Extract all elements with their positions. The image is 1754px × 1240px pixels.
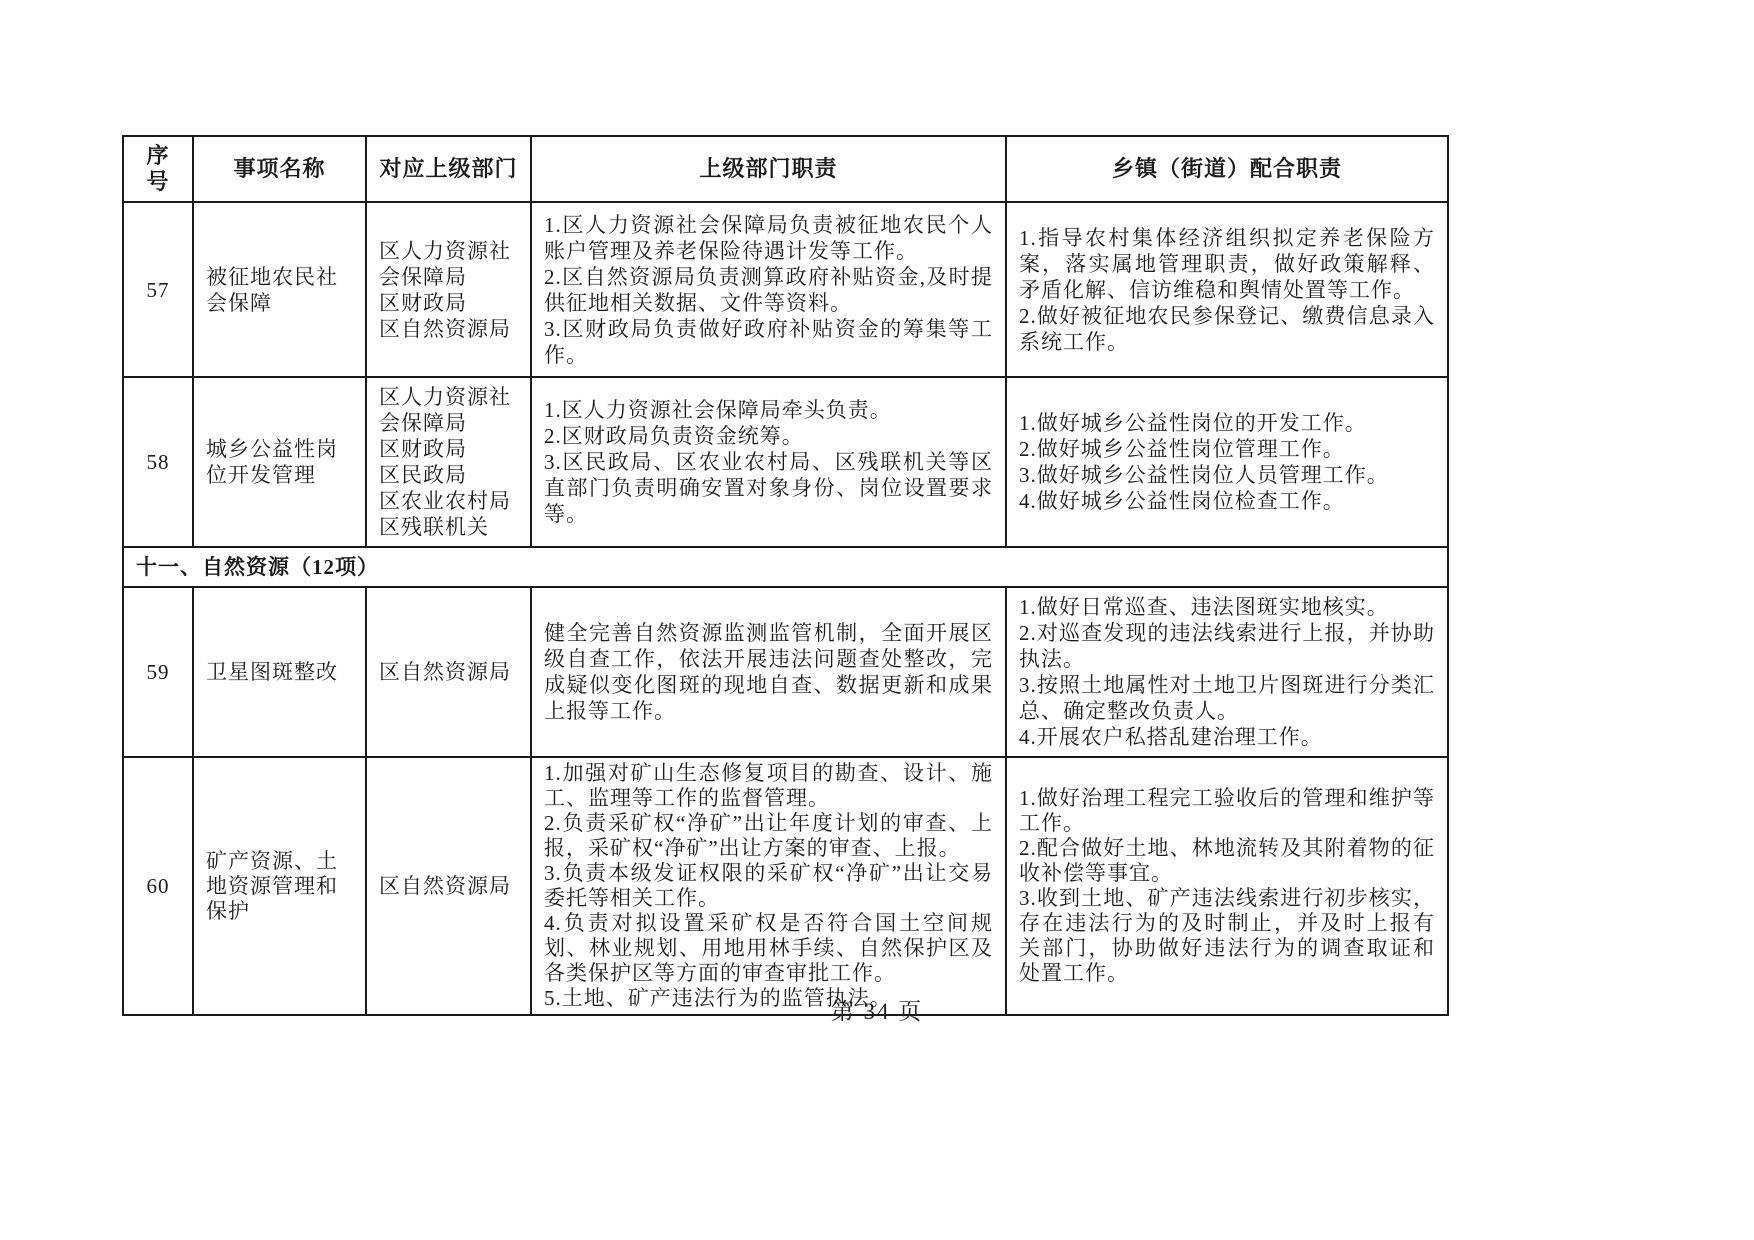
duty-item: 1.加强对矿山生态修复项目的勘查、设计、施工、监理等工作的监督管理。 [544,761,993,811]
responsibility-table: 序号 事项名称 对应上级部门 上级部门职责 乡镇（街道）配合职责 57 被征地农… [122,135,1449,1016]
department-item: 区人力资源社会保障局 [379,238,518,290]
cell-township-duties: 1.做好城乡公益性岗位的开发工作。 2.做好城乡公益性岗位管理工作。 3.做好城… [1006,377,1448,547]
table-row-60: 60 矿产资源、土地资源管理和保护 区自然资源局 1.加强对矿山生态修复项目的勘… [123,757,1448,1015]
cell-index: 58 [123,377,193,547]
duty-item: 4.做好城乡公益性岗位检查工作。 [1019,488,1435,514]
table-row-58: 58 城乡公益性岗位开发管理 区人力资源社会保障局 区财政局 区民政局 区农业农… [123,377,1448,547]
department-item: 区财政局 [379,436,518,462]
department-item: 区残联机关 [379,514,518,540]
duty-item: 2.区财政局负责资金统筹。 [544,423,993,449]
cell-index: 60 [123,757,193,1015]
page-number: 第 34 页 [0,993,1754,1026]
cell-index: 57 [123,202,193,377]
duty-item: 1.区人力资源社会保障局牵头负责。 [544,397,993,423]
col-header-superior-duties: 上级部门职责 [531,136,1006,202]
duty-item: 3.负责本级发证权限的采矿权“净矿”出让交易委托等相关工作。 [544,861,993,911]
cell-item-name: 城乡公益性岗位开发管理 [193,377,366,547]
department-item: 区自然资源局 [379,659,518,685]
table-row-59: 59 卫星图斑整改 区自然资源局 健全完善自然资源监测监管机制，全面开展区级自查… [123,587,1448,757]
duty-item: 3.区民政局、区农业农村局、区残联机关等区直部门负责明确安置对象身份、岗位设置要… [544,449,993,527]
duty-item: 2.做好城乡公益性岗位管理工作。 [1019,436,1435,462]
cell-departments: 区人力资源社会保障局 区财政局 区自然资源局 [366,202,531,377]
department-item: 区民政局 [379,462,518,488]
cell-item-name: 被征地农民社会保障 [193,202,366,377]
duty-item: 2.负责采矿权“净矿”出让年度计划的审查、上报，采矿权“净矿”出让方案的审查、上… [544,811,993,861]
duty-item: 2.做好被征地农民参保登记、缴费信息录入系统工作。 [1019,303,1435,355]
col-header-township-duties: 乡镇（街道）配合职责 [1006,136,1448,202]
duty-item: 1.做好日常巡查、违法图斑实地核实。 [1019,594,1435,620]
duty-item: 1.做好治理工程完工验收后的管理和维护等工作。 [1019,786,1435,836]
duty-item: 2.区自然资源局负责测算政府补贴资金,及时提供征地相关数据、文件等资料。 [544,264,993,316]
department-item: 区财政局 [379,290,518,316]
duty-item: 2.对巡查发现的违法线索进行上报，并协助执法。 [1019,620,1435,672]
cell-departments: 区人力资源社会保障局 区财政局 区民政局 区农业农村局 区残联机关 [366,377,531,547]
department-item: 区农业农村局 [379,488,518,514]
duty-item: 4.开展农户私搭乱建治理工作。 [1019,724,1435,750]
document-page: 序号 事项名称 对应上级部门 上级部门职责 乡镇（街道）配合职责 57 被征地农… [0,0,1754,1240]
duty-item: 4.负责对拟设置采矿权是否符合国土空间规划、林业规划、用地用林手续、自然保护区及… [544,911,993,986]
duty-item: 2.配合做好土地、林地流转及其附着物的征收补偿等事宜。 [1019,836,1435,886]
table-header-row: 序号 事项名称 对应上级部门 上级部门职责 乡镇（街道）配合职责 [123,136,1448,202]
department-item: 区人力资源社会保障局 [379,384,518,436]
col-header-item-name: 事项名称 [193,136,366,202]
duty-item: 3.区财政局负责做好政府补贴资金的筹集等工作。 [544,316,993,368]
duty-item: 3.按照土地属性对土地卫片图斑进行分类汇总、确定整改负责人。 [1019,672,1435,724]
duty-item: 1.区人力资源社会保障局负责被征地农民个人账户管理及养老保险待遇计发等工作。 [544,212,993,264]
duty-item: 健全完善自然资源监测监管机制，全面开展区级自查工作，依法开展违法问题查处整改，完… [544,620,993,724]
department-item: 区自然资源局 [379,874,518,899]
cell-township-duties: 1.做好治理工程完工验收后的管理和维护等工作。 2.配合做好土地、林地流转及其附… [1006,757,1448,1015]
cell-superior-duties: 1.区人力资源社会保障局牵头负责。 2.区财政局负责资金统筹。 3.区民政局、区… [531,377,1006,547]
duty-item: 1.做好城乡公益性岗位的开发工作。 [1019,410,1435,436]
section-header-label: 十一、自然资源（12项） [123,547,1448,587]
col-header-superior-department: 对应上级部门 [366,136,531,202]
table-row-57: 57 被征地农民社会保障 区人力资源社会保障局 区财政局 区自然资源局 1.区人… [123,202,1448,377]
cell-index: 59 [123,587,193,757]
cell-superior-duties: 健全完善自然资源监测监管机制，全面开展区级自查工作，依法开展违法问题查处整改，完… [531,587,1006,757]
cell-superior-duties: 1.区人力资源社会保障局负责被征地农民个人账户管理及养老保险待遇计发等工作。 2… [531,202,1006,377]
cell-departments: 区自然资源局 [366,587,531,757]
col-header-index: 序号 [123,136,193,202]
duty-item: 1.指导农村集体经济组织拟定养老保险方案，落实属地管理职责，做好政策解释、矛盾化… [1019,225,1435,303]
section-header-row: 十一、自然资源（12项） [123,547,1448,587]
duty-item: 3.收到土地、矿产违法线索进行初步核实，存在违法行为的及时制止，并及时上报有关部… [1019,886,1435,986]
cell-departments: 区自然资源局 [366,757,531,1015]
cell-superior-duties: 1.加强对矿山生态修复项目的勘查、设计、施工、监理等工作的监督管理。 2.负责采… [531,757,1006,1015]
duty-item: 3.做好城乡公益性岗位人员管理工作。 [1019,462,1435,488]
cell-item-name: 卫星图斑整改 [193,587,366,757]
cell-item-name: 矿产资源、土地资源管理和保护 [193,757,366,1015]
cell-township-duties: 1.指导农村集体经济组织拟定养老保险方案，落实属地管理职责，做好政策解释、矛盾化… [1006,202,1448,377]
cell-township-duties: 1.做好日常巡查、违法图斑实地核实。 2.对巡查发现的违法线索进行上报，并协助执… [1006,587,1448,757]
department-item: 区自然资源局 [379,316,518,342]
